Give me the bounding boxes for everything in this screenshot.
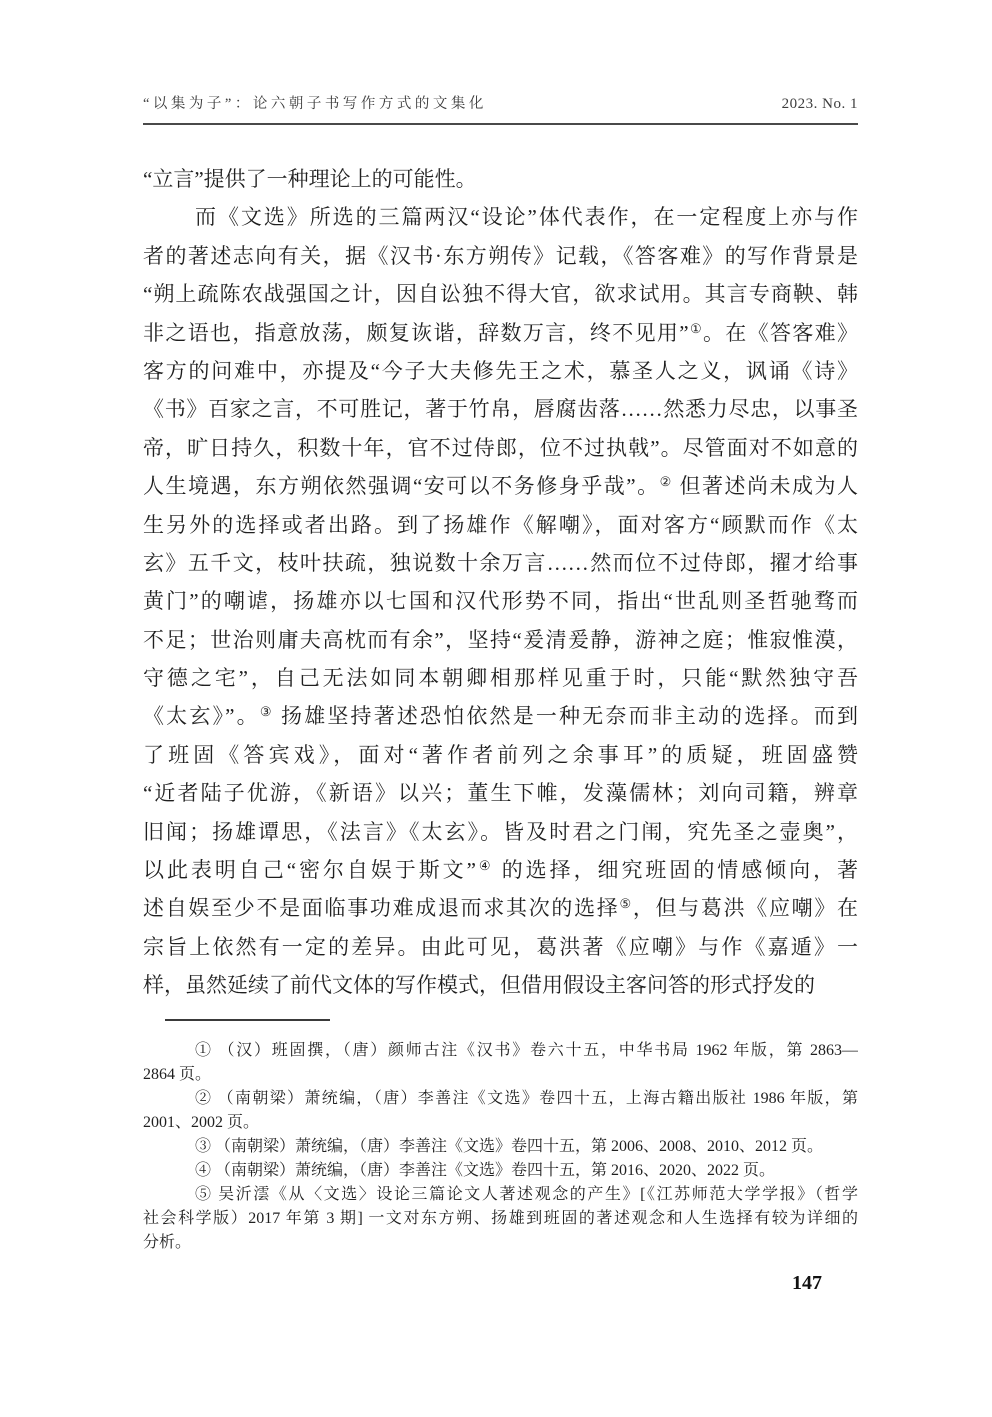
body-line: 了班固《答宾戏》，面对“著作者前列之余事耳”的质疑，班固盛赞 [143,736,858,774]
footnote-line: ① （汉）班固撰，（唐）颜师古注《汉书》卷六十五，中华书局 1962 年版，第 … [143,1039,858,1063]
body-line: “朔上疏陈农战强国之计，因自讼独不得大官，欲求试用。其言专商鞅、韩 [143,275,858,313]
body-line: 玄》五千文，枝叶扶疏，独说数十余万言……然而位不过侍郎，擢才给事 [143,544,858,582]
body-line: 不足；世治则庸夫高枕而有余”，坚持“爰清爰静，游神之庭；惟寂惟漠， [143,621,858,659]
footnote-line: 分析。 [143,1231,858,1255]
journal-page: “以集为子”：论六朝子书写作方式的文集化 2023. No. 1 “立言”提供了… [0,0,992,1417]
header-rule [143,123,858,125]
body-line: 守德之宅”，自己无法如同本朝卿相那样见重于时，只能“默然独守吾 [143,659,858,697]
footnote-line: ② （南朝梁）萧统编，（唐）李善注《文选》卷四十五，上海古籍出版社 1986 年… [143,1087,858,1111]
body-line: 非之语也，指意放荡，颇复诙谐，辞数万言，终不见用”①。在《答客难》 [143,314,858,352]
body-line: 而《文选》所选的三篇两汉“设论”体代表作，在一定程度上亦与作 [143,198,858,236]
body-line: 宗旨上依然有一定的差异。由此可见，葛洪著《应嘲》与作《嘉遁》一 [143,928,858,966]
body-line: 述自娱至少不是面临事功难成退而求其次的选择⑤，但与葛洪《应嘲》在 [143,889,858,927]
body-line: “立言”提供了一种理论上的可能性。 [143,160,858,198]
issue-number: 2023. No. 1 [782,96,858,113]
footnotes: ① （汉）班固撰，（唐）颜师古注《汉书》卷六十五，中华书局 1962 年版，第 … [143,1039,858,1255]
footnote-line: ③ （南朝梁）萧统编，（唐）李善注《文选》卷四十五，第 2006、2008、20… [143,1135,858,1159]
footnote-separator [165,1019,330,1021]
footnote-line: 2001、2002 页。 [143,1111,858,1135]
body-line: 以此表明自己“密尔自娱于斯文”④ 的选择，细究班固的情感倾向，著 [143,851,858,889]
footnote-line: ⑤ 吴沂澐《从〈文选〉设论三篇论文人著述观念的产生》[《江苏师范大学学报》（哲学 [143,1183,858,1207]
body-line: 旧闻；扬雄谭思，《法言》《太玄》。皆及时君之门闱，究先圣之壸奥”， [143,813,858,851]
body-line: 客方的问难中，亦提及“今子大夫修先王之术，慕圣人之义，讽诵《诗》 [143,352,858,390]
running-title: “以集为子”：论六朝子书写作方式的文集化 [143,92,487,113]
body-line: 生另外的选择或者出路。到了扬雄作《解嘲》，面对客方“顾默而作《太 [143,506,858,544]
page-number: 147 [143,1269,858,1297]
page-header: “以集为子”：论六朝子书写作方式的文集化 2023. No. 1 [143,92,858,112]
body-line: 人生境遇，东方朔依然强调“安可以不务修身乎哉”。② 但著述尚未成为人 [143,467,858,505]
body-line: “近者陆子优游，《新语》以兴；董生下帷，发藻儒林；刘向司籍，辨章 [143,774,858,812]
body-line: 者的著述志向有关，据《汉书·东方朔传》记载，《答客难》的写作背景是 [143,237,858,275]
article-body: “立言”提供了一种理论上的可能性。 而《文选》所选的三篇两汉“设论”体代表作，在… [143,160,858,1005]
body-line: 《书》百家之言，不可胜记，著于竹帛，唇腐齿落……然悉力尽忠，以事圣 [143,390,858,428]
body-line: 帝，旷日持久，积数十年，官不过侍郎，位不过执戟”。尽管面对不如意的 [143,429,858,467]
body-line: 样，虽然延续了前代文体的写作模式，但借用假设主客问答的形式抒发的 [143,966,858,1004]
footnote-line: 社会科学版）2017 年第 3 期] 一文对东方朔、扬雄到班固的著述观念和人生选… [143,1207,858,1231]
footnote-line: 2864 页。 [143,1063,858,1087]
footnote-line: ④ （南朝梁）萧统编，（唐）李善注《文选》卷四十五，第 2016、2020、20… [143,1159,858,1183]
body-line: 黄门”的嘲谑，扬雄亦以七国和汉代形势不同，指出“世乱则圣哲驰骛而 [143,582,858,620]
body-line: 《太玄》”。③ 扬雄坚持著述恐怕依然是一种无奈而非主动的选择。而到 [143,697,858,735]
